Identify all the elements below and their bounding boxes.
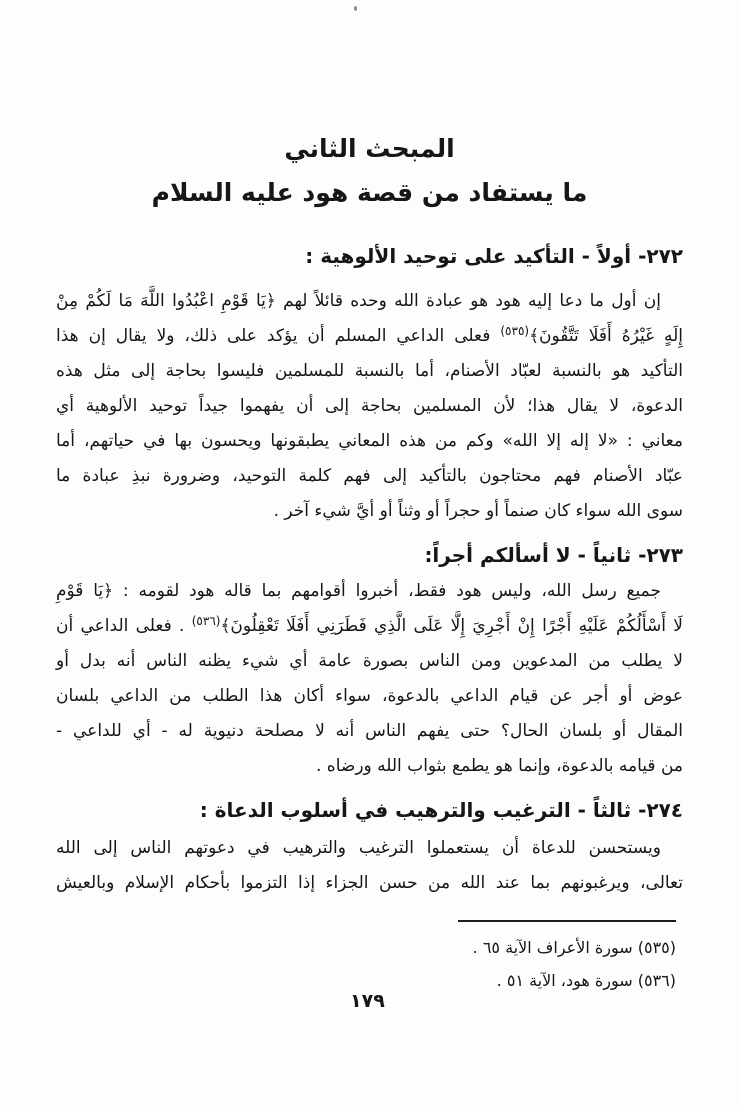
text-line: المقال أو بلسان الحال؟ حتى يفهم الناس أن… xyxy=(56,714,683,749)
section-273: ٢٧٣- ثانياً - لا أسألكم أجراً: جميع رسل … xyxy=(56,538,683,784)
footnote-list: (٥٣٥) سورة الأعراف الآية ٦٥ .(٥٣٦) سورة … xyxy=(56,931,683,997)
text-line: معاني : «لا إله إلا الله» وكم من هذه الم… xyxy=(56,424,683,459)
book-page: المبحث الثاني ما يستفاد من قصة هود عليه … xyxy=(0,0,740,1107)
text-line: لَا أَسْأَلُكُمْ عَلَيْهِ أَجْرًا إِنْ أ… xyxy=(56,609,683,644)
text-line: من قيامه بالدعوة، وإنما هو يطمع بثواب ال… xyxy=(56,749,683,784)
chapter-subtitle: ما يستفاد من قصة هود عليه السلام xyxy=(56,172,683,214)
text-line: إن أول ما دعا إليه هود هو عبادة الله وحد… xyxy=(56,284,683,319)
chapter-title: المبحث الثاني xyxy=(56,128,683,170)
text-line: جميع رسل الله، وليس هود فقط، أخبروا أقوا… xyxy=(56,574,683,609)
text-line: الدعوة، لا يقال هذا؛ لأن المسلمين بحاجة … xyxy=(56,389,683,424)
text-line: التأكيد هو بالنسبة لعبّاد الأصنام، أما ب… xyxy=(56,354,683,389)
text-line: إِلَهٍ غَيْرُهُ أَفَلَا تَتَّقُونَ﴾(٥٣٥)… xyxy=(56,319,683,354)
section-272-heading: ٢٧٢- أولاً - التأكيد على توحيد الألوهية … xyxy=(56,239,683,273)
section-274-paragraph: ويستحسن للدعاة أن يستعملوا الترغيب والتر… xyxy=(56,831,683,901)
text-line: عوض أو أجر عن قيام الداعي بالدعوة، سواء … xyxy=(56,679,683,714)
footnote-marker: (٥٣٥) xyxy=(500,324,529,338)
section-273-heading: ٢٧٣- ثانياً - لا أسألكم أجراً: xyxy=(56,538,683,572)
section-273-paragraph: جميع رسل الله، وليس هود فقط، أخبروا أقوا… xyxy=(56,574,683,784)
text-line: ويستحسن للدعاة أن يستعملوا الترغيب والتر… xyxy=(56,831,683,866)
footnote-divider xyxy=(458,920,676,922)
section-272: ٢٧٢- أولاً - التأكيد على توحيد الألوهية … xyxy=(56,239,683,529)
section-274: ٢٧٤- ثالثاً - الترغيب والترهيب في أسلوب … xyxy=(56,793,683,901)
section-274-heading: ٢٧٤- ثالثاً - الترغيب والترهيب في أسلوب … xyxy=(56,793,683,827)
footnotes-block: (٥٣٥) سورة الأعراف الآية ٦٥ .(٥٣٦) سورة … xyxy=(56,920,683,997)
section-272-paragraph: إن أول ما دعا إليه هود هو عبادة الله وحد… xyxy=(56,284,683,529)
page-number: ١٧٩ xyxy=(350,990,385,1012)
text-line: سوى الله سواء كان صنماً أو حجراً أو وثنا… xyxy=(56,494,683,529)
footnote-item: (٥٣٥) سورة الأعراف الآية ٦٥ . xyxy=(56,931,683,964)
text-line: عبّاد الأصنام فهم محتاجون بالتأكيد إلى ف… xyxy=(56,459,683,494)
text-column: المبحث الثاني ما يستفاد من قصة هود عليه … xyxy=(56,0,683,997)
text-line: تعالى، ويرغبونهم بما عند الله من حسن الج… xyxy=(56,866,683,901)
footnote-marker: (٥٣٦) xyxy=(192,614,221,628)
text-line: لا يطلب من المدعوين ومن الناس بصورة عامة… xyxy=(56,644,683,679)
